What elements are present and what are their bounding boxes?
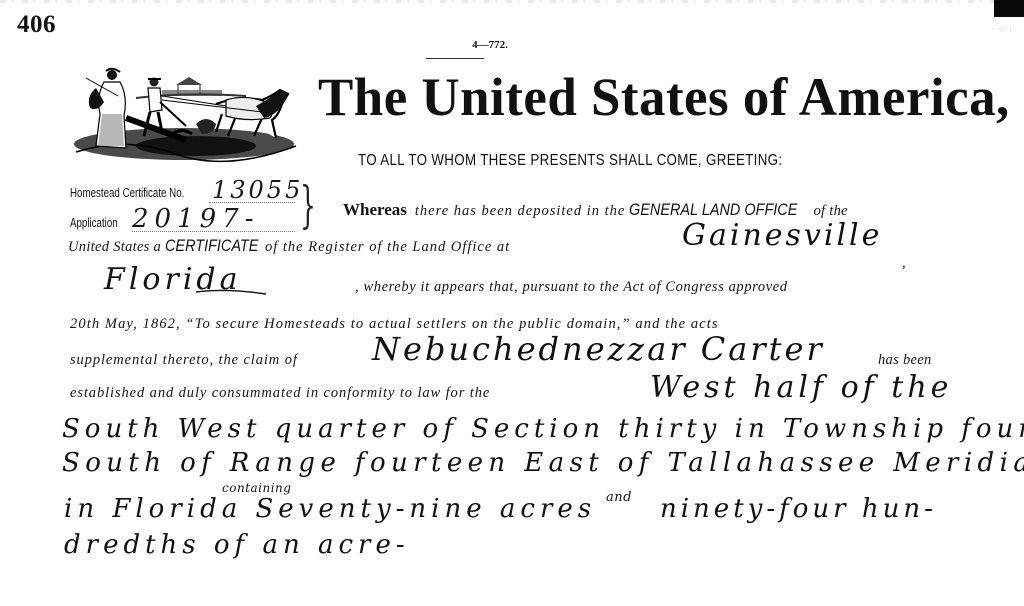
body-line-5-end: has been — [878, 352, 932, 369]
land-description-3: South of Range fourteen East of Tallahas… — [62, 448, 1024, 478]
scan-artifact-top — [0, 0, 1024, 3]
whereas-word: Whereas — [343, 200, 407, 219]
application-number: 20197- — [132, 204, 260, 234]
land-description-5: dredths of an acre- — [64, 530, 410, 560]
page-number: 406 — [17, 11, 56, 39]
greeting-line: TO ALL TO WHOM THESE PRESENTS SHALL COME… — [358, 152, 782, 170]
bracket: } — [300, 180, 316, 230]
body-text: there has been deposited in the — [415, 203, 625, 219]
body-text: United States a — [68, 239, 161, 255]
scan-edge-marker — [994, 0, 1024, 17]
claimant-name: Nebuchednezzar Carter — [372, 330, 825, 368]
application-label: Application — [70, 216, 118, 230]
inserted-word-and: and — [606, 490, 632, 505]
body-line-3: , whereby it appears that, pursuant to t… — [355, 279, 788, 296]
form-number: 4—772. — [437, 39, 543, 51]
application-number-line — [132, 231, 295, 232]
land-description-4: in Florida Seventy-nine acres — [64, 494, 596, 524]
body-line-1: Whereas there has been deposited in the … — [343, 200, 848, 220]
document-title: The United States of America, — [318, 66, 1010, 128]
land-description-4-end: ninety-four hun- — [660, 494, 937, 524]
farm-plowing-scene-icon — [66, 66, 302, 164]
body-text: of the — [813, 203, 847, 219]
certificate-word: CERTIFICATE — [165, 236, 258, 256]
homestead-number-line — [209, 202, 295, 203]
body-line-6-text: established and duly consummated in conf… — [70, 385, 490, 402]
body-line-5-text: supplemental thereto, the claim of — [70, 352, 298, 369]
body-line-2: United States a CERTIFICATE of the Regis… — [68, 236, 510, 256]
inserted-word-containing: containing — [222, 481, 291, 495]
body-text: of the Register of the Land Office at — [265, 239, 510, 255]
form-number-rule — [426, 58, 484, 59]
land-office-city: Gainesville — [682, 218, 882, 253]
comma: , — [902, 255, 906, 272]
margin-marks: · ·.· : — [992, 26, 1022, 36]
homestead-certificate-label: Homestead Certificate No. — [70, 186, 184, 200]
florida-underline — [196, 286, 268, 296]
homestead-certificate-number: 13055 — [212, 176, 303, 204]
land-description-2: South West quarter of Section thirty in … — [62, 414, 1024, 444]
general-land-office: GENERAL LAND OFFICE — [629, 200, 797, 220]
land-description-1: West half of the — [650, 370, 952, 405]
